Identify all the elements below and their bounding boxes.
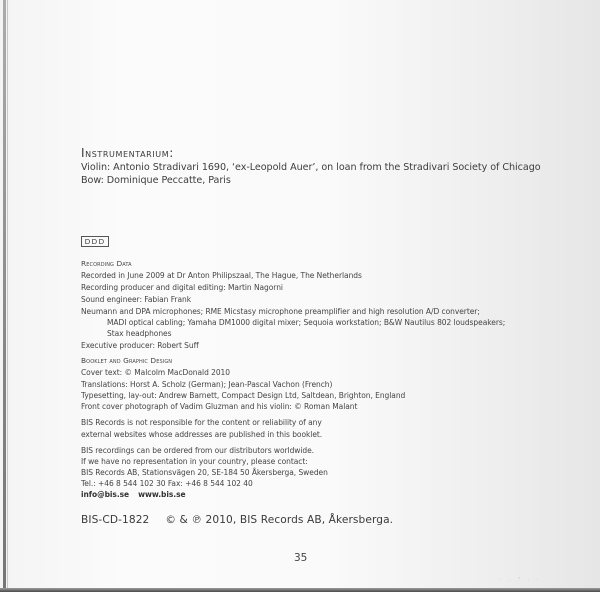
design-line: Front cover photograph of Vadim Gluzman …: [81, 402, 357, 411]
bow-credit: Bow: Dominique Peccatte, Paris: [81, 175, 231, 186]
copyright-notice: © & ℗ 2010, BIS Records AB, Åkersberga.: [165, 514, 393, 526]
design-line: Typesetting, lay-out: Andrew Barnett, Co…: [81, 391, 405, 400]
ordering-line: If we have no representation in your cou…: [81, 457, 308, 466]
recording-line: Recorded in June 2009 at Dr Anton Philip…: [81, 271, 362, 280]
design-line: Cover text: © Malcolm MacDonald 2010: [81, 368, 230, 377]
recording-line: Stax headphones: [107, 329, 171, 338]
ordering-phone-fax: Tel.: +46 8 544 102 30 Fax: +46 8 544 10…: [81, 479, 253, 488]
violin-credit: Violin: Antonio Stradivari 1690, ‘ex-Leo…: [81, 162, 541, 173]
recording-line: Neumann and DPA microphones; RME Micstas…: [81, 307, 480, 316]
scan-specks: · . ' · ·: [500, 577, 541, 583]
recording-line: Executive producer: Robert Suff: [81, 341, 199, 350]
catalog-number: BIS-CD-1822: [81, 514, 149, 526]
recording-line: MADI optical cabling; Yamaha DM1000 digi…: [107, 318, 505, 327]
catalog-line: BIS-CD-1822© & ℗ 2010, BIS Records AB, Å…: [81, 514, 393, 526]
booklet-design-heading: Booklet and Graphic Design: [81, 356, 172, 365]
scan-edge-left-highlight: [7, 0, 8, 592]
instrumentarium-heading: Instrumentarium:: [81, 146, 174, 160]
disclaimer-line: BIS Records is not responsible for the c…: [81, 418, 322, 427]
ordering-contacts: info@bis.sewww.bis.se: [81, 490, 186, 499]
scan-edge-left: [3, 0, 6, 592]
page-number: 35: [294, 552, 307, 564]
disclaimer-line: external websites whose addresses are pu…: [81, 430, 322, 439]
recording-line: Recording producer and digital editing: …: [81, 283, 283, 292]
ordering-address: BIS Records AB, Stationsvägen 20, SE-184…: [81, 468, 328, 477]
website-link[interactable]: www.bis.se: [138, 490, 185, 499]
ddd-badge: DDD: [81, 236, 109, 247]
email-link[interactable]: info@bis.se: [81, 490, 129, 499]
scan-edge-bottom: [0, 588, 600, 592]
recording-line: Sound engineer: Fabian Frank: [81, 295, 191, 304]
recording-data-heading: Recording Data: [81, 259, 132, 268]
design-line: Translations: Horst A. Scholz (German); …: [81, 380, 332, 389]
ordering-line: BIS recordings can be ordered from our d…: [81, 446, 314, 455]
